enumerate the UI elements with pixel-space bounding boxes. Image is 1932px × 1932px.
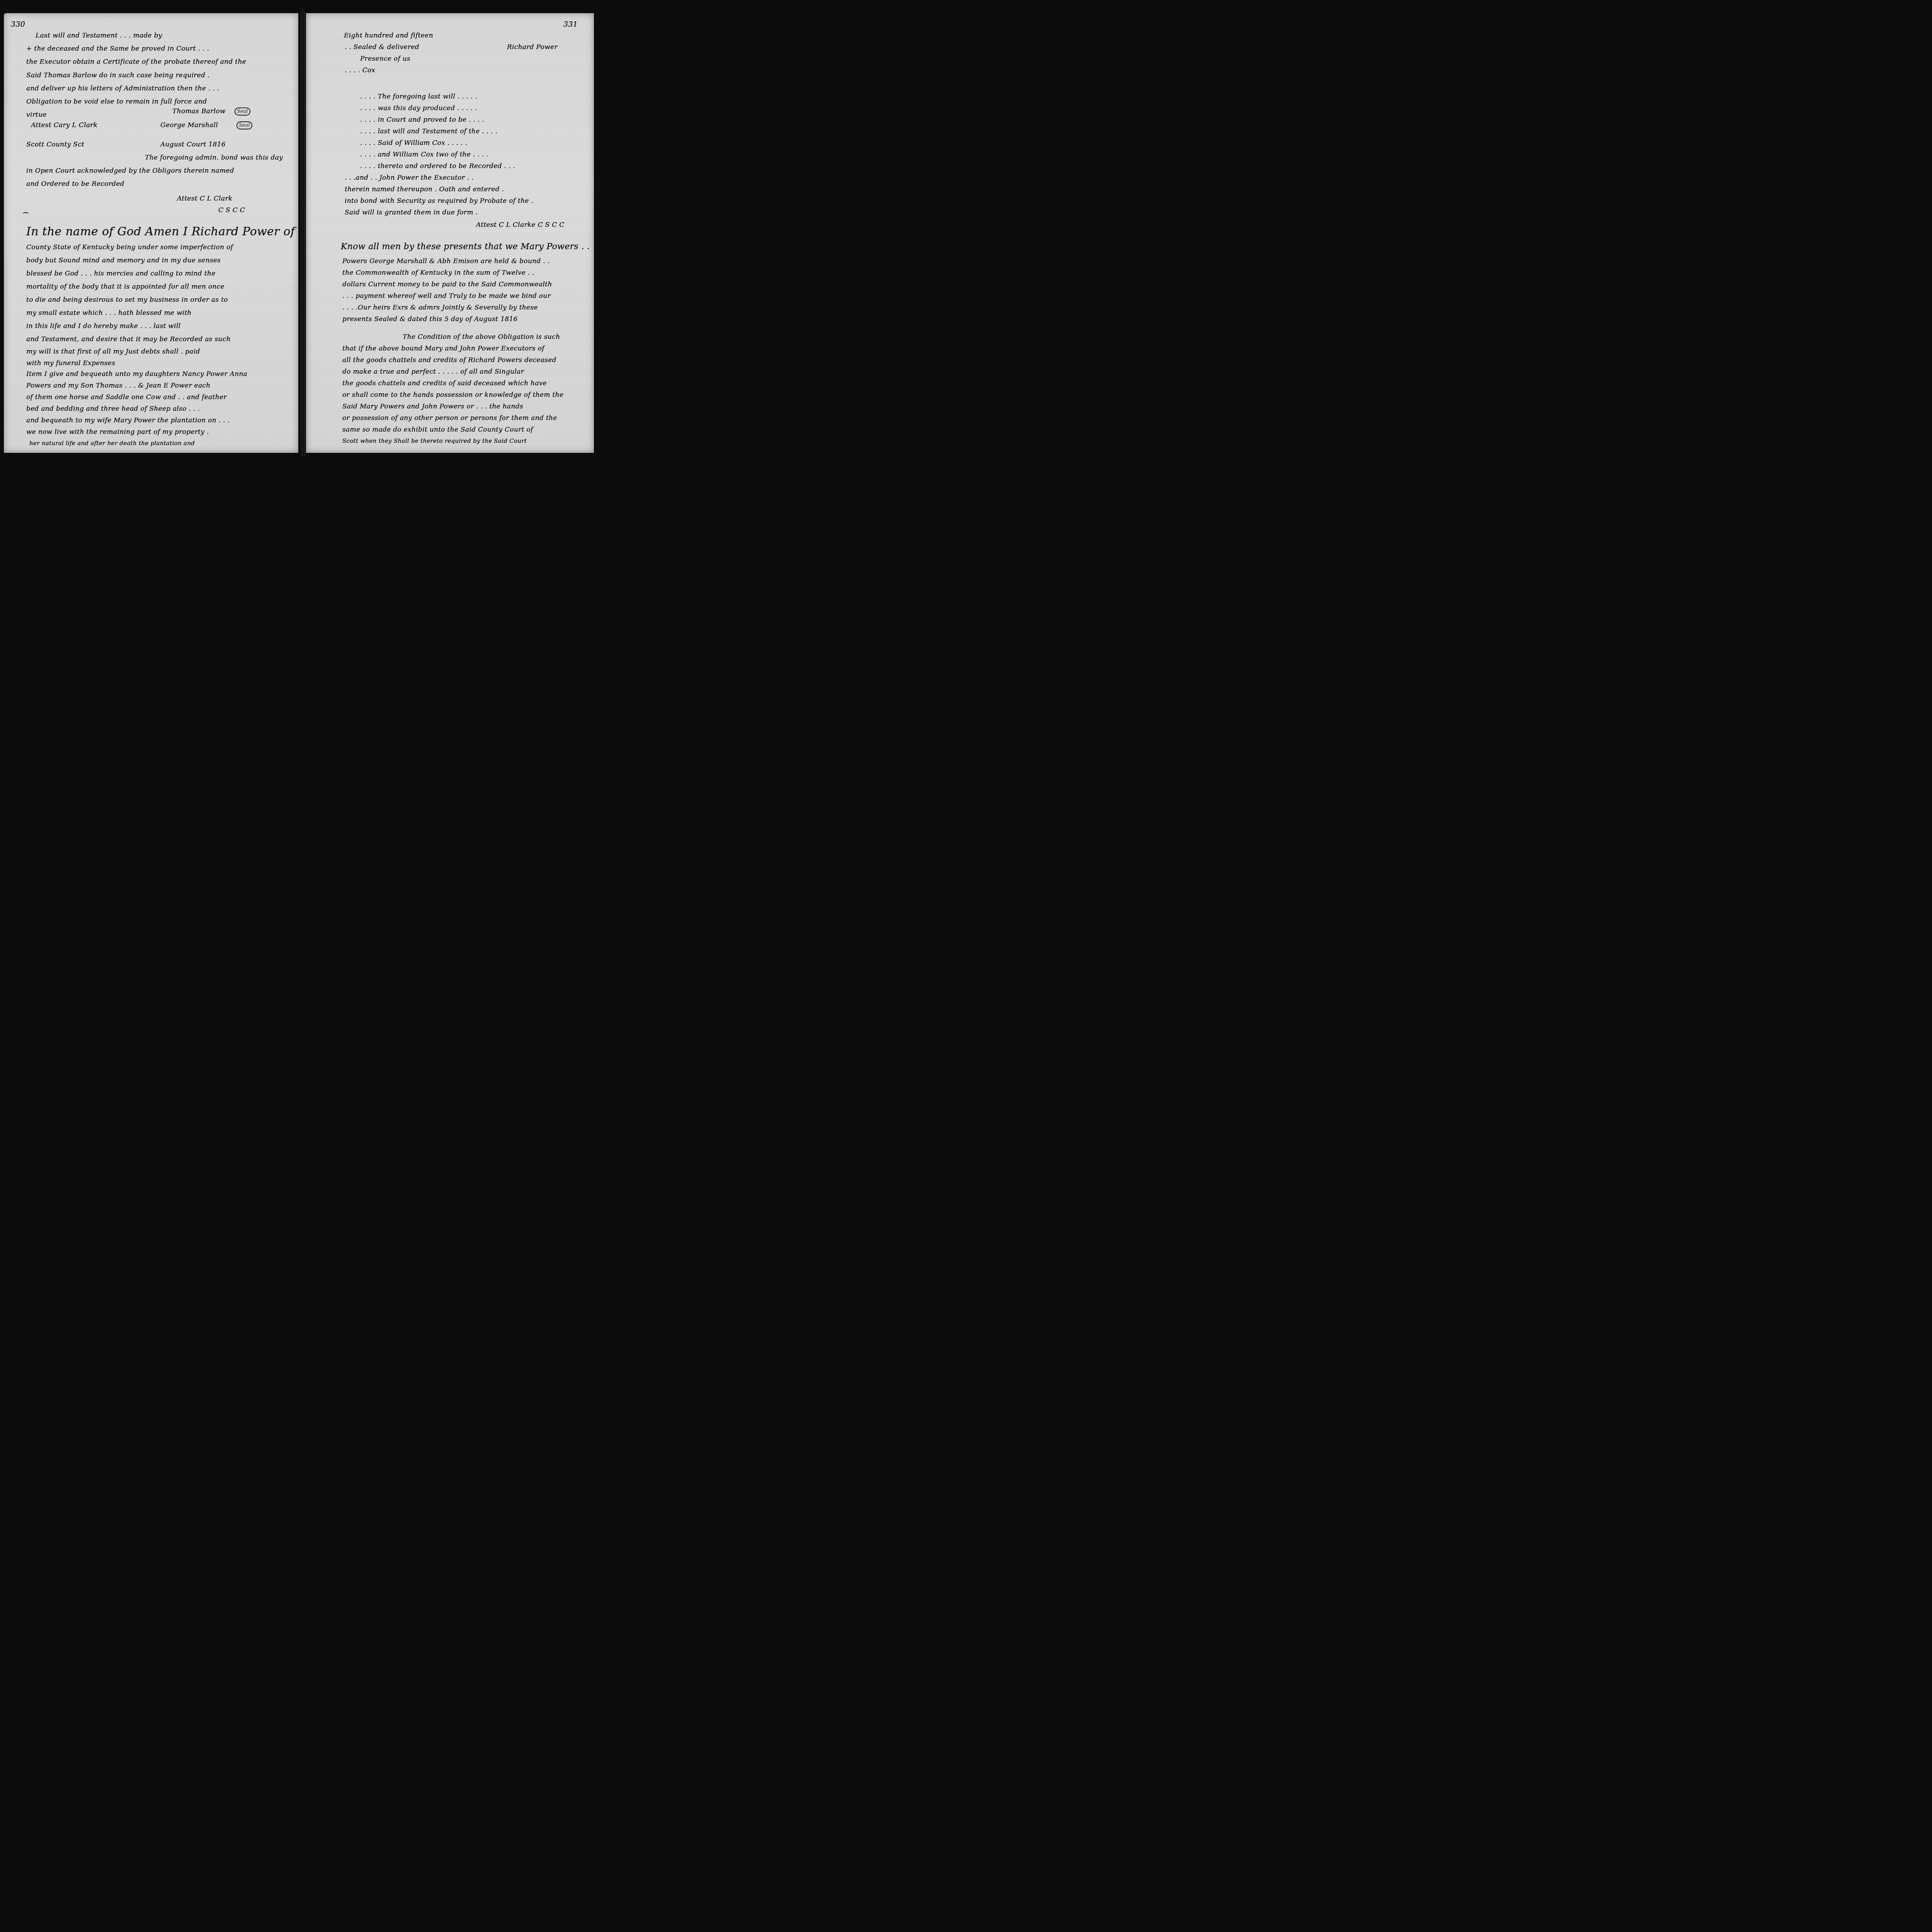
bond-line: . . . .Our heirs Exrs & admrs Jointly & … [342, 304, 538, 311]
probate-line: . . . . and William Cox two of the . . .… [360, 151, 488, 158]
condition-line: that if the above bound Mary and John Po… [342, 345, 544, 352]
condition-line: do make a true and perfect . . . . . of … [342, 368, 524, 376]
probate-attest: Attest C L Clarke C S C C [476, 221, 565, 229]
will-line: blessed be God . . . his mercies and cal… [26, 270, 216, 277]
will-line: we now live with the remaining part of m… [26, 428, 209, 436]
condition-line: all the goods chattels and credits of Ri… [342, 356, 556, 364]
probate-line: . . . . last will and Testament of the .… [360, 128, 497, 135]
certificate-date: August Court 1816 [160, 141, 226, 148]
certificate-attest: Attest C L Clark [177, 195, 233, 202]
condition-line: the goods chattels and credits of said d… [342, 379, 547, 387]
probate-line: . . .and . . John Power the Executor . . [345, 174, 474, 182]
page-number: 330 [11, 20, 25, 29]
bond-line: the Executor obtain a Certificate of the… [26, 58, 246, 66]
bond-line: Said Thomas Barlow do in such case being… [26, 71, 210, 79]
will-line: my will is that first of all my Just deb… [26, 348, 200, 355]
bond-line: virtue [26, 111, 47, 119]
will-line: with my funeral Expenses [26, 359, 115, 367]
condition-line: Scott when they Shall be thereto require… [342, 437, 527, 444]
bond-line: Know all men by these presents that we M… [341, 242, 590, 252]
condition-line: or possession of any other person or per… [342, 414, 557, 422]
signer-name: George Marshall [160, 121, 218, 129]
will-line: body but Sound mind and memory and in my… [26, 257, 221, 264]
will-line: and Testament, and desire that it may be… [26, 335, 231, 343]
bracket-mark: ⌢ [22, 206, 29, 218]
bond-line: dollars Current money to be paid to the … [342, 281, 552, 288]
certificate-line: The foregoing admin. bond was this day [145, 154, 283, 162]
probate-line: therein named thereupon . Oath and enter… [345, 185, 504, 193]
bond-line: Last will and Testament . . . made by [36, 32, 162, 39]
condition-line: or shall come to the hands possession or… [342, 391, 563, 399]
bond-line: Powers George Marshall & Abh Emison are … [342, 257, 550, 265]
testator-signature: Richard Power [507, 43, 558, 51]
will-line: bed and bedding and three head of Sheep … [26, 405, 200, 413]
condition-line: same so made do exhibit unto the Said Co… [342, 426, 533, 434]
probate-line: into bond with Security as required by P… [345, 197, 533, 205]
probate-line: . . . . was this day produced . . . . . [360, 104, 477, 112]
attest-line: Attest Cary L Clark [31, 121, 97, 129]
will-line: and bequeath to my wife Mary Power the p… [26, 417, 230, 424]
will-end-line: Eight hundred and fifteen [344, 32, 433, 39]
certificate-line: in Open Court acknowledged by the Obligo… [26, 167, 234, 175]
probate-line: . . . . in Court and proved to be . . . … [360, 116, 484, 124]
condition-line: The Condition of the above Obligation is… [403, 333, 560, 341]
right-page: 331 Eight hundred and fifteen . . Sealed… [306, 13, 594, 453]
will-line: to die and being desirous to set my busi… [26, 296, 228, 304]
will-line: of them one horse and Saddle one Cow and… [26, 393, 227, 401]
page-number: 331 [563, 20, 578, 29]
will-end-line: Presence of us [360, 55, 410, 63]
will-line: Item I give and bequeath unto my daughte… [26, 370, 247, 378]
bond-line: Obligation to be void else to remain in … [26, 98, 207, 105]
will-end-line: . . Sealed & delivered [345, 43, 419, 51]
bond-line: + the deceased and the Same be proved in… [26, 45, 209, 53]
bond-line: and deliver up his letters of Administra… [26, 85, 219, 92]
will-line: Powers and my Son Thomas . . . & Jean E … [26, 382, 210, 389]
left-page: 330 Last will and Testament . . . made b… [4, 13, 298, 453]
certificate-line: and Ordered to be Recorded [26, 180, 124, 188]
certificate-heading: Scott County Sct [26, 141, 84, 148]
will-end-line: . . . . Cox [345, 66, 375, 74]
will-line: mortality of the body that it is appoint… [26, 283, 224, 291]
will-line: her natural life and after her death the… [29, 440, 195, 447]
probate-line: Said will is granted them in due form . [345, 209, 478, 216]
bond-line: . . . payment whereof well and Truly to … [342, 292, 551, 300]
will-line: In the name of God Amen I Richard Power … [26, 225, 330, 238]
probate-line: . . . . thereto and ordered to be Record… [360, 162, 515, 170]
probate-line: . . . . The foregoing last will . . . . … [360, 93, 477, 100]
clerk-title: C S C C [218, 206, 245, 214]
probate-line: . . . . Said of William Cox . . . . . [360, 139, 467, 147]
gutter-shadow [304, 12, 305, 456]
will-line: in this life and I do hereby make . . . … [26, 322, 180, 330]
bond-line: presents Sealed & dated this 5 day of Au… [342, 315, 518, 323]
seal-mark: Seal [235, 107, 250, 116]
bond-line: the Commonwealth of Kentucky in the sum … [342, 269, 534, 277]
seal-mark: Seal [236, 121, 252, 129]
will-line: my small estate which . . . hath blessed… [26, 309, 192, 317]
will-line: County State of Kentucky being under som… [26, 243, 233, 251]
condition-line: Said Mary Powers and John Powers or . . … [342, 403, 523, 410]
signer-name: Thomas Barlow [172, 107, 226, 115]
